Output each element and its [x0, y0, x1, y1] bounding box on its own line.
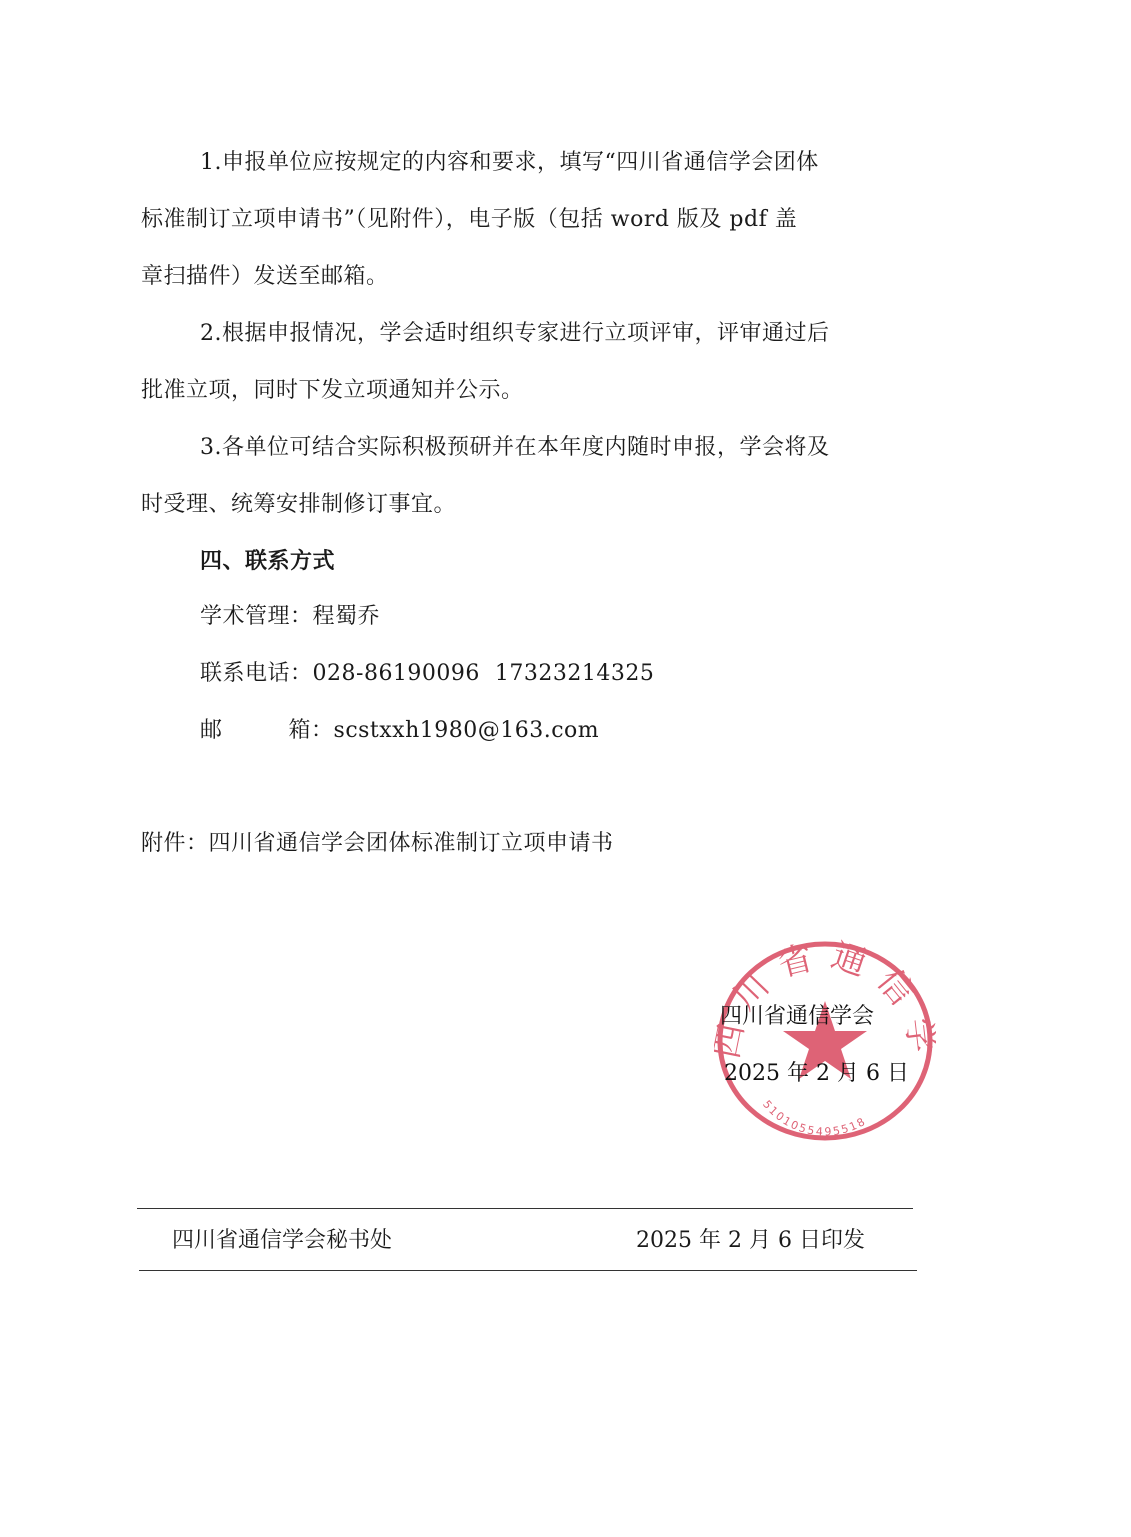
- item-1-line-3: 章扫描件）发送至邮箱。: [141, 262, 921, 292]
- footer-top-rule: [137, 1208, 913, 1209]
- footer-bottom-rule: [139, 1270, 917, 1271]
- item-1-line-2: 标准制订立项申请书”（见附件），电子版（包括 word 版及 pdf 盖: [141, 205, 921, 235]
- item-2-line-1: 2.根据申报情况，学会适时组织专家进行立项评审，评审通过后: [200, 319, 980, 349]
- item-1-line-1: 1.申报单位应按规定的内容和要求，填写“四川省通信学会团体: [200, 148, 980, 178]
- email-label-1: 邮: [200, 718, 223, 743]
- signature-org: 四川省通信学会: [720, 1002, 920, 1032]
- item-2-line-2: 批准立项，同时下发立项通知并公示。: [141, 376, 921, 406]
- document-page: 1.申报单位应按规定的内容和要求，填写“四川省通信学会团体 标准制订立项申请书”…: [0, 0, 1131, 1537]
- contact-phone: 联系电话：028-86190096 17323214325: [200, 659, 980, 689]
- stamp-serial: 5101055495518: [760, 1098, 869, 1139]
- footer-issuer: 四川省通信学会秘书处: [172, 1226, 392, 1256]
- contact-manager: 学术管理：程蜀乔: [200, 602, 980, 632]
- official-seal-icon: 四川省通信学会 5101055495518: [714, 939, 936, 1144]
- footer-issue-date: 2025 年 2 月 6 日印发: [636, 1226, 865, 1256]
- item-3-line-2: 时受理、统筹安排制修订事宜。: [141, 490, 921, 520]
- item-3-line-1: 3.各单位可结合实际积极预研并在本年度内随时申报，学会将及: [200, 433, 980, 463]
- attachment-line: 附件：四川省通信学会团体标准制订立项申请书: [141, 829, 921, 859]
- email-label-2: 箱：: [289, 718, 334, 743]
- phone-label: 联系电话：: [200, 661, 313, 686]
- contact-email: 邮箱：scstxxh1980@163.com: [200, 716, 980, 746]
- section-heading-contact: 四、联系方式: [200, 546, 980, 576]
- phone-value: 028-86190096 17323214325: [313, 661, 655, 686]
- manager-value: 程蜀乔: [313, 604, 381, 629]
- signature-date: 2025 年 2 月 6 日: [724, 1059, 924, 1089]
- email-value[interactable]: scstxxh1980@163.com: [334, 718, 600, 743]
- manager-label: 学术管理：: [200, 604, 313, 629]
- svg-text:5101055495518: 5101055495518: [760, 1098, 869, 1139]
